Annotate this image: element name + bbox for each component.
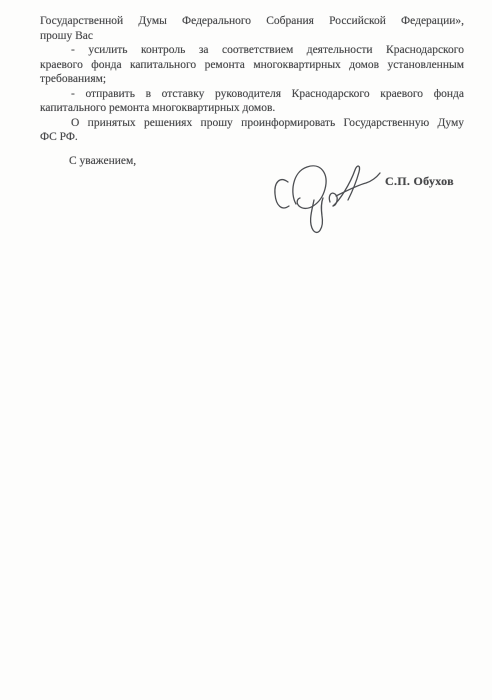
body-line: требованиям; [40, 72, 464, 87]
body-line: - усилить контроль за соответствием деят… [40, 43, 464, 58]
signature-stroke-oval [293, 166, 326, 209]
scanned-letter-page: Государственной Думы Федерального Собран… [0, 0, 492, 700]
body-line: О принятых решениях прошу проинформирова… [40, 116, 464, 131]
body-line: прошу Вас [40, 29, 464, 44]
body-line: капитального ремонта многоквартирных дом… [40, 101, 464, 116]
body-line: ФС РФ. [40, 130, 464, 145]
signature-block: С.П. Обухов [266, 158, 492, 248]
signer-name: С.П. Обухов [385, 174, 454, 189]
body-line: Государственной Думы Федерального Собран… [40, 14, 464, 29]
handwritten-signature [266, 158, 384, 242]
letter-body: Государственной Думы Федерального Собран… [40, 14, 464, 168]
signature-stroke-a [329, 193, 337, 206]
body-line: краевого фонда капитального ремонта мног… [40, 58, 464, 73]
body-line: - отправить в отставку руководителя Крас… [40, 87, 464, 102]
signature-stroke-c [275, 180, 289, 208]
